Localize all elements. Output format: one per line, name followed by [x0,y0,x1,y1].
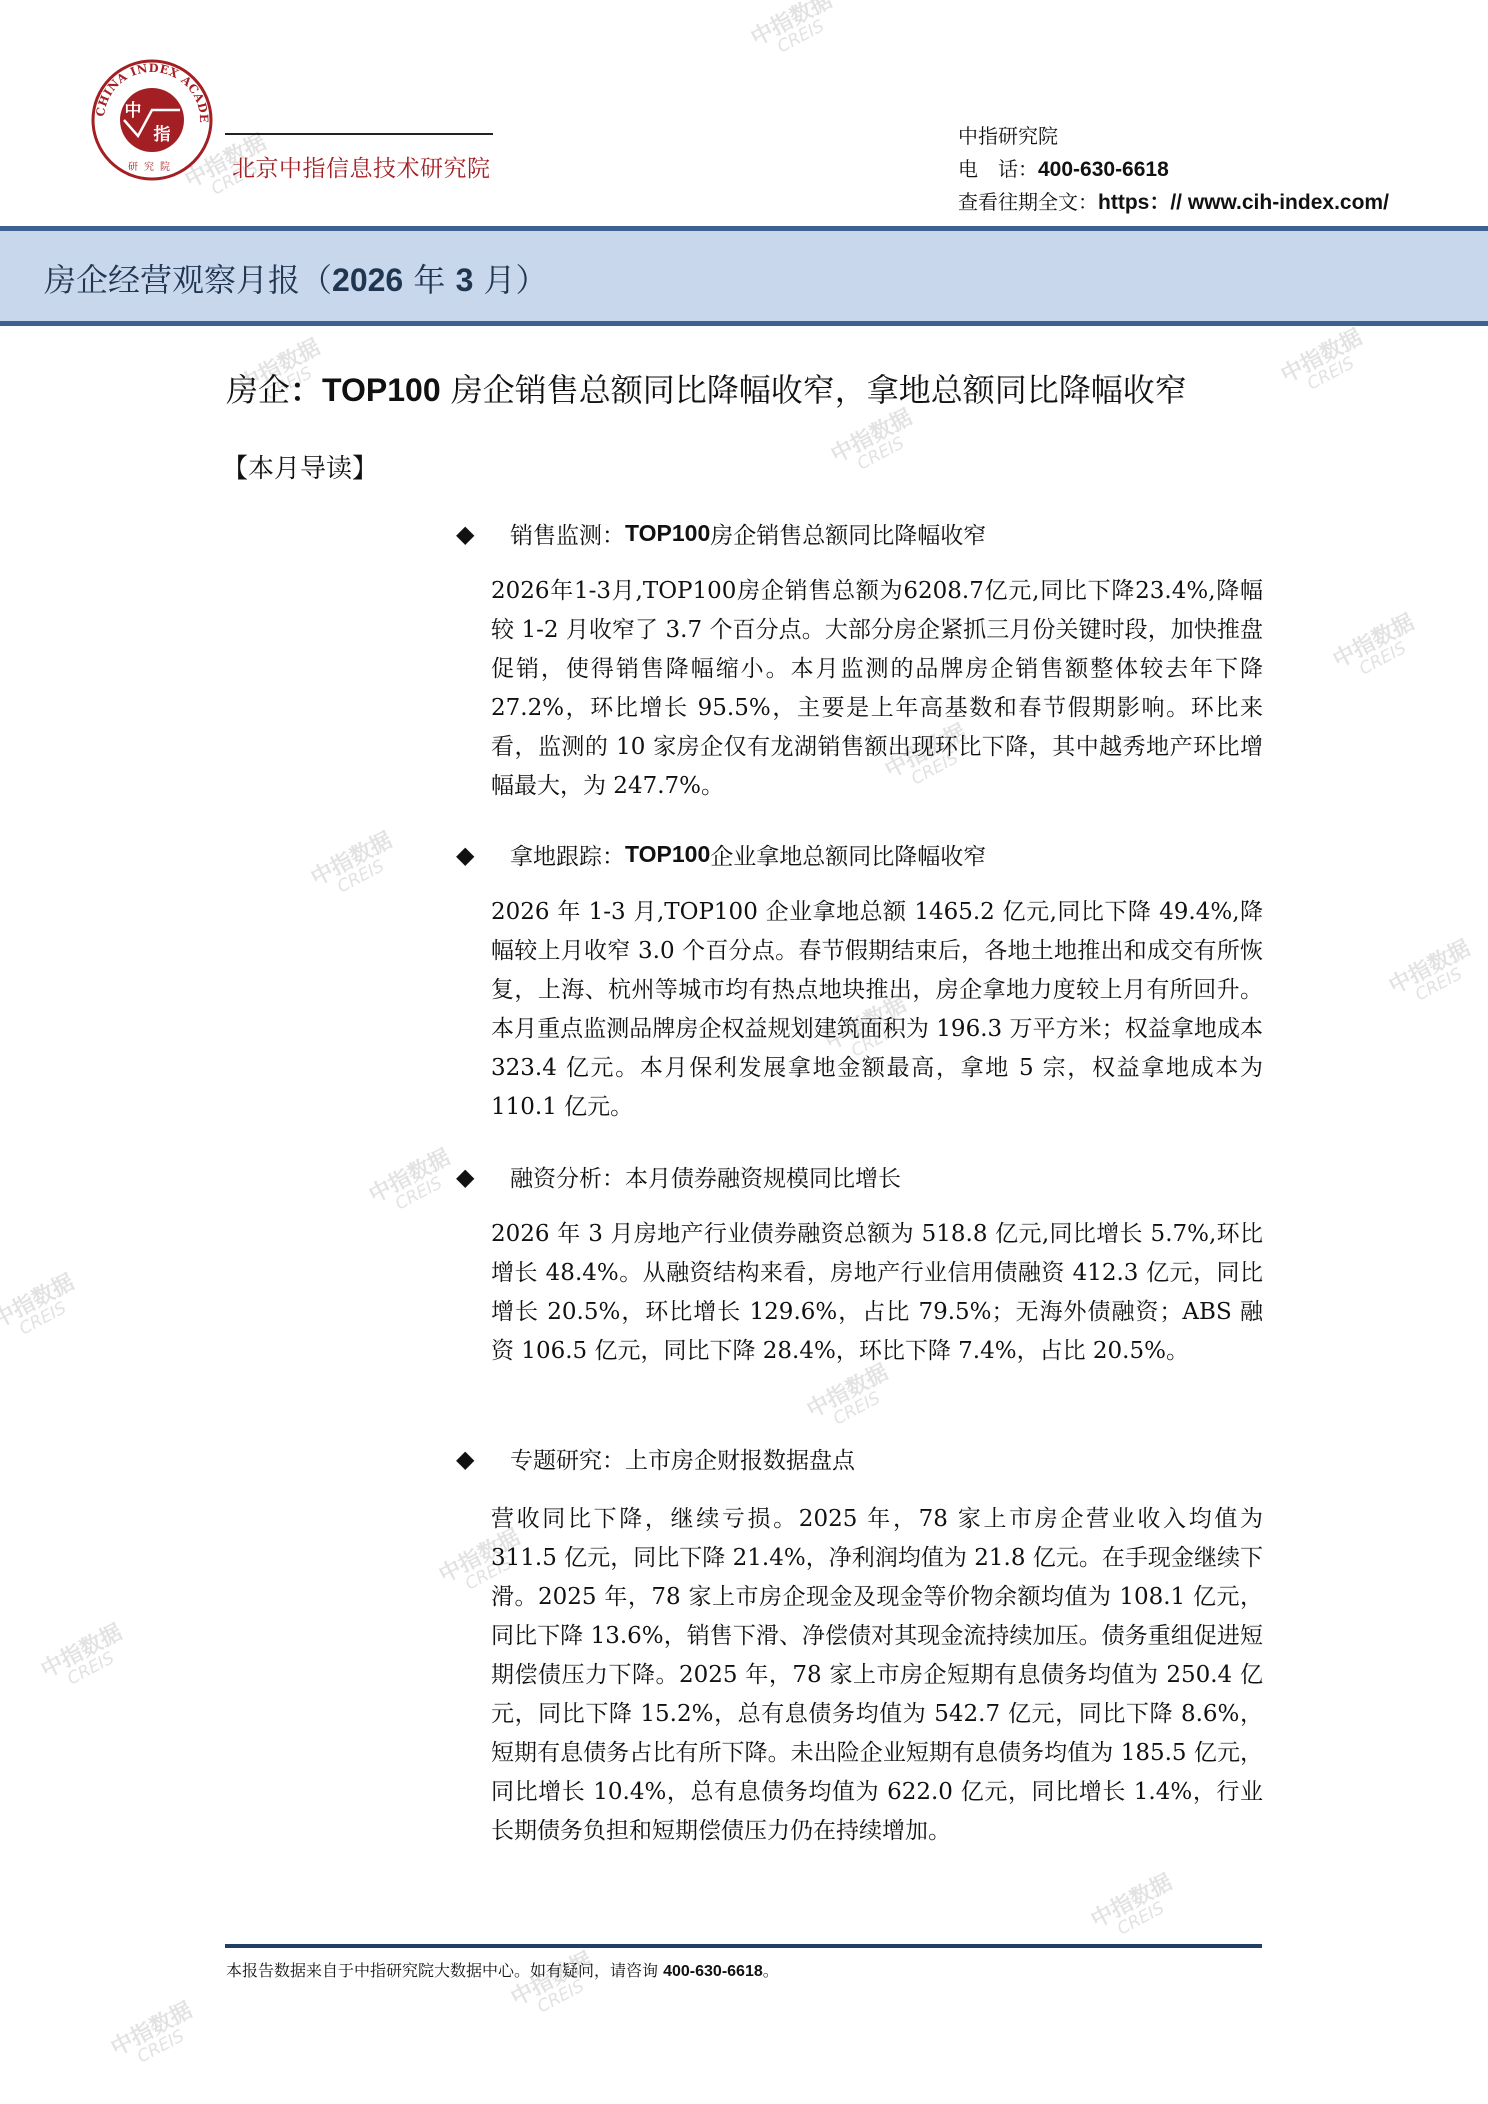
watermark: 中指数据CREIS [828,407,924,483]
footer-divider [225,1944,1262,1948]
watermark: 中指数据CREIS [804,1362,900,1438]
section-body-research: 营收同比下降，继续亏损。2025 年，78 家上市房企营业收入均值为 311.5… [491,1500,1263,1851]
institute-name: 中指研究院 [958,120,1389,153]
diamond-bullet-icon: ◆ [456,1445,510,1473]
diamond-bullet-icon: ◆ [456,520,510,548]
footer-note: 本报告数据来自于中指研究院大数据中心。如有疑问，请咨询 400-630-6618… [226,1958,779,1981]
org-name: 北京中指信息技术研究院 [232,150,491,183]
watermark: 中指数据CREIS [108,2000,204,2076]
watermark: 中指数据CREIS [1088,1872,1184,1948]
watermark: 中指数据CREIS [1330,612,1426,688]
phone-number: 400-630-6618 [1038,158,1169,181]
section-heading-land: ◆ 拿地跟踪：TOP100 企业拿地总额同比降幅收窄 [456,838,986,871]
page-headline: 房企：TOP100 房企销售总额同比降幅收窄，拿地总额同比降幅收窄 [226,365,1187,411]
section-heading-financing: ◆ 融资分析：本月债券融资规模同比增长 [456,1160,901,1193]
svg-text:指: 指 [154,124,171,145]
section-body-financing: 2026 年 3 月房地产行业债券融资总额为 518.8 亿元,同比增长 5.7… [491,1215,1263,1371]
watermark: 中指数据CREIS [0,1272,86,1348]
watermark: 中指数据CREIS [38,1622,134,1698]
watermark: 中指数据CREIS [308,830,404,906]
watermark: 中指数据CREIS [366,1147,462,1223]
phone-row: 电 话：400-630-6618 [958,153,1389,186]
section-body-land: 2026 年 1-3 月,TOP100 企业拿地总额 1465.2 亿元,同比下… [491,893,1263,1127]
archive-row: 查看往期全文：https：// www.cih-index.com/ [958,186,1389,219]
svg-text:中: 中 [125,100,142,121]
phone-label: 电 话： [958,157,1038,181]
watermark: 中指数据CREIS [1386,938,1482,1014]
china-index-academy-logo: CHINA INDEX ACADEMY 中 指 研究院 [90,58,214,182]
monthly-guide-label: 【本月导读】 [222,448,378,485]
section-heading-research: ◆ 专题研究：上市房企财报数据盘点 [456,1442,855,1475]
section-body-sales: 2026年1-3月,TOP100房企销售总额为6208.7亿元,同比下降23.4… [491,572,1263,806]
logo-seal-icon: CHINA INDEX ACADEMY 中 指 研究院 [90,58,214,182]
report-title: 房企经营观察月报（2026 年 3 月） [44,255,548,301]
contact-block: 中指研究院 电 话：400-630-6618 查看往期全文：https：// w… [958,120,1389,219]
archive-link[interactable]: https：// www.cih-index.com/ [1098,191,1389,214]
diamond-bullet-icon: ◆ [456,841,510,869]
org-divider [225,133,493,135]
archive-label: 查看往期全文： [958,190,1098,214]
section-heading-sales: ◆ 销售监测：TOP100 房企销售总额同比降幅收窄 [456,517,986,550]
svg-text:研究院: 研究院 [128,160,176,173]
watermark: 中指数据CREIS [1278,327,1374,403]
diamond-bullet-icon: ◆ [456,1163,510,1191]
watermark: 中指数据CREIS [748,0,844,65]
